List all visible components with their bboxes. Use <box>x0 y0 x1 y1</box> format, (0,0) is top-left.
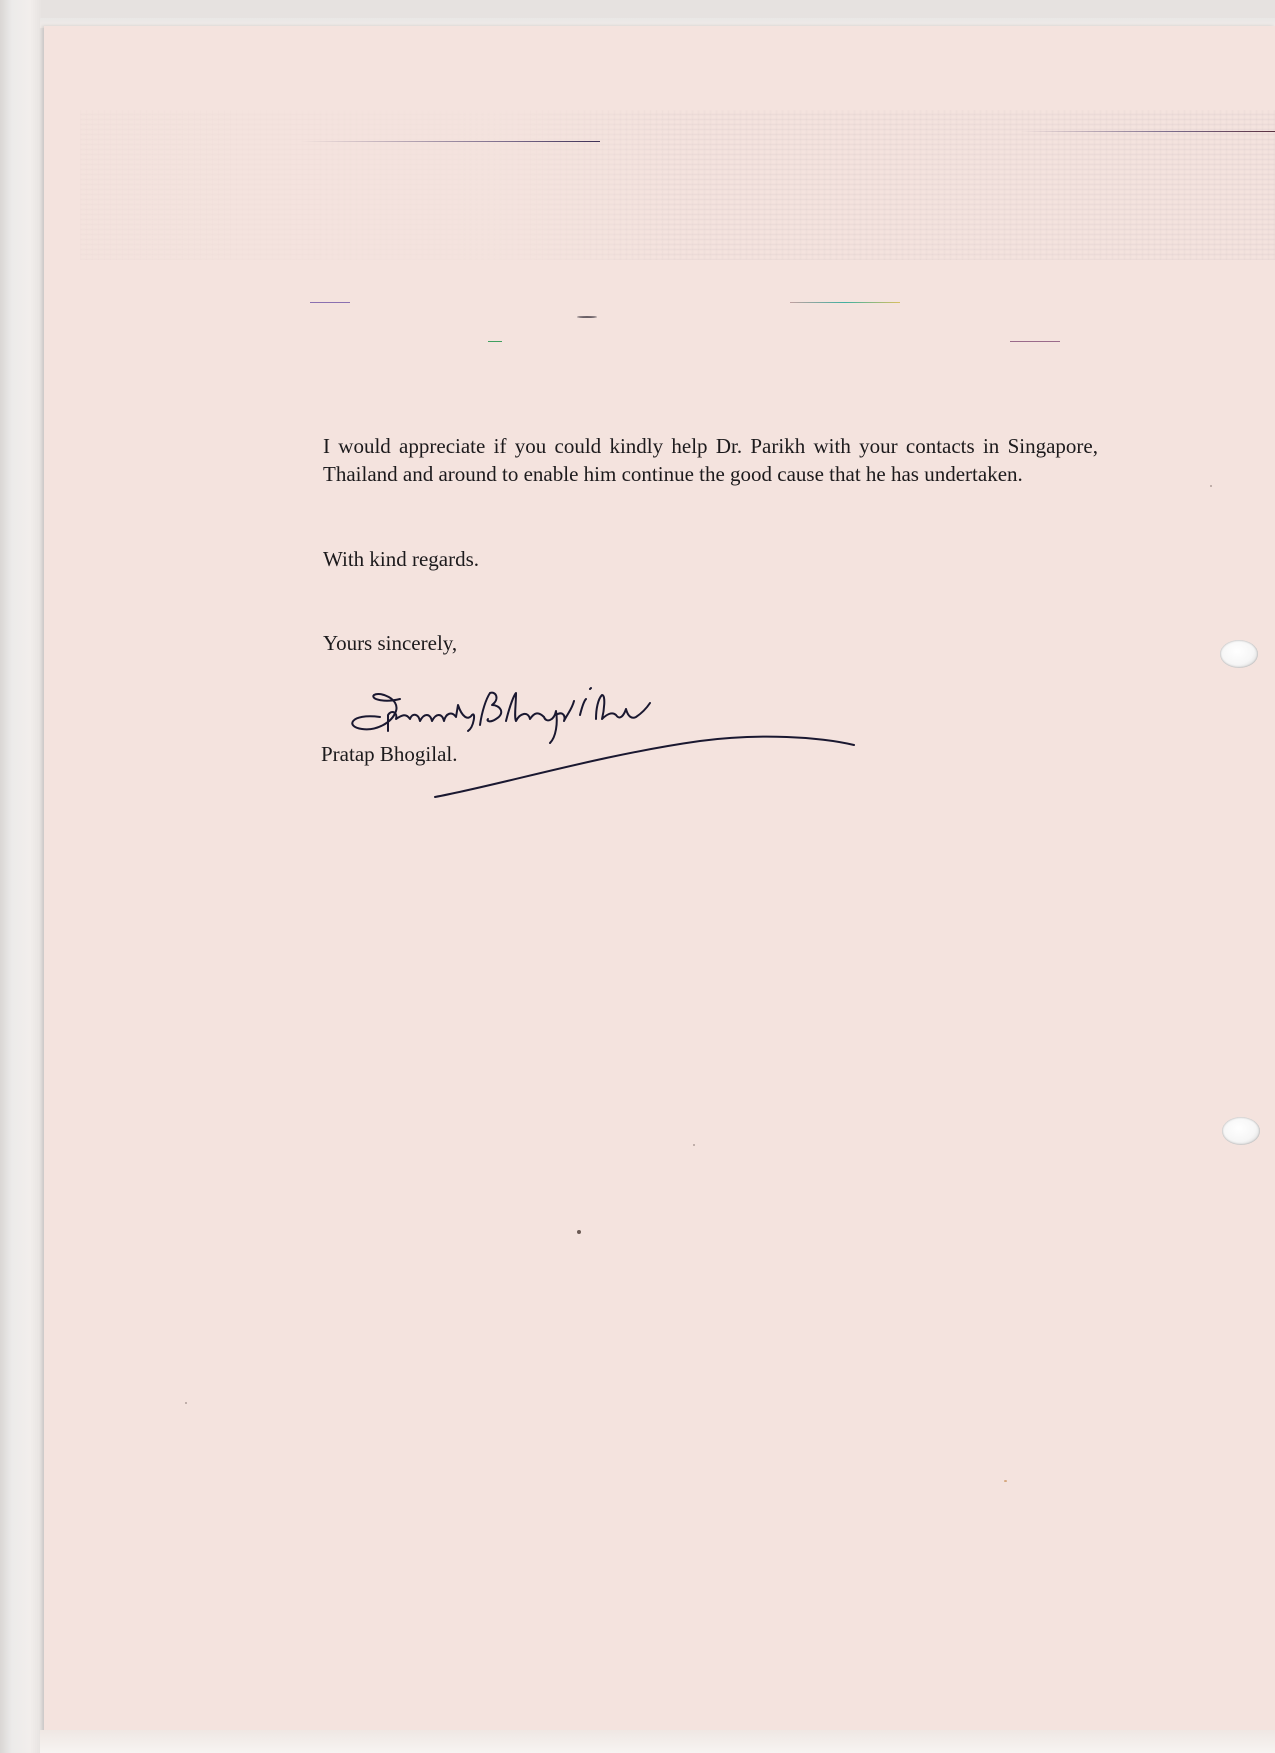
artifact-mark <box>577 316 597 318</box>
paper-speck <box>1210 485 1212 487</box>
paper-speck <box>577 1230 581 1234</box>
artifact-line <box>790 302 900 303</box>
punch-hole <box>1220 640 1258 668</box>
closing-line: With kind regards. <box>323 547 479 572</box>
artifact-line <box>310 302 350 303</box>
artifact-line <box>300 141 600 142</box>
letterhead-showthrough <box>80 110 1275 260</box>
paper-speck <box>693 1144 695 1146</box>
punch-hole <box>1222 1117 1260 1145</box>
valediction: Yours sincerely, <box>323 631 457 656</box>
artifact-line <box>488 341 502 342</box>
paper-speck <box>185 1402 187 1404</box>
letter-body: I would appreciate if you could kindly h… <box>323 432 1098 488</box>
body-paragraph: I would appreciate if you could kindly h… <box>323 432 1098 488</box>
handwritten-signature-icon <box>340 665 860 805</box>
artifact-line <box>1010 341 1060 342</box>
letter-page <box>44 26 1275 1736</box>
page-bottom-edge <box>40 1730 1275 1753</box>
artifact-line <box>1020 131 1275 132</box>
paper-speck <box>1004 1480 1007 1482</box>
signer-name: Pratap Bhogilal. <box>321 742 457 767</box>
